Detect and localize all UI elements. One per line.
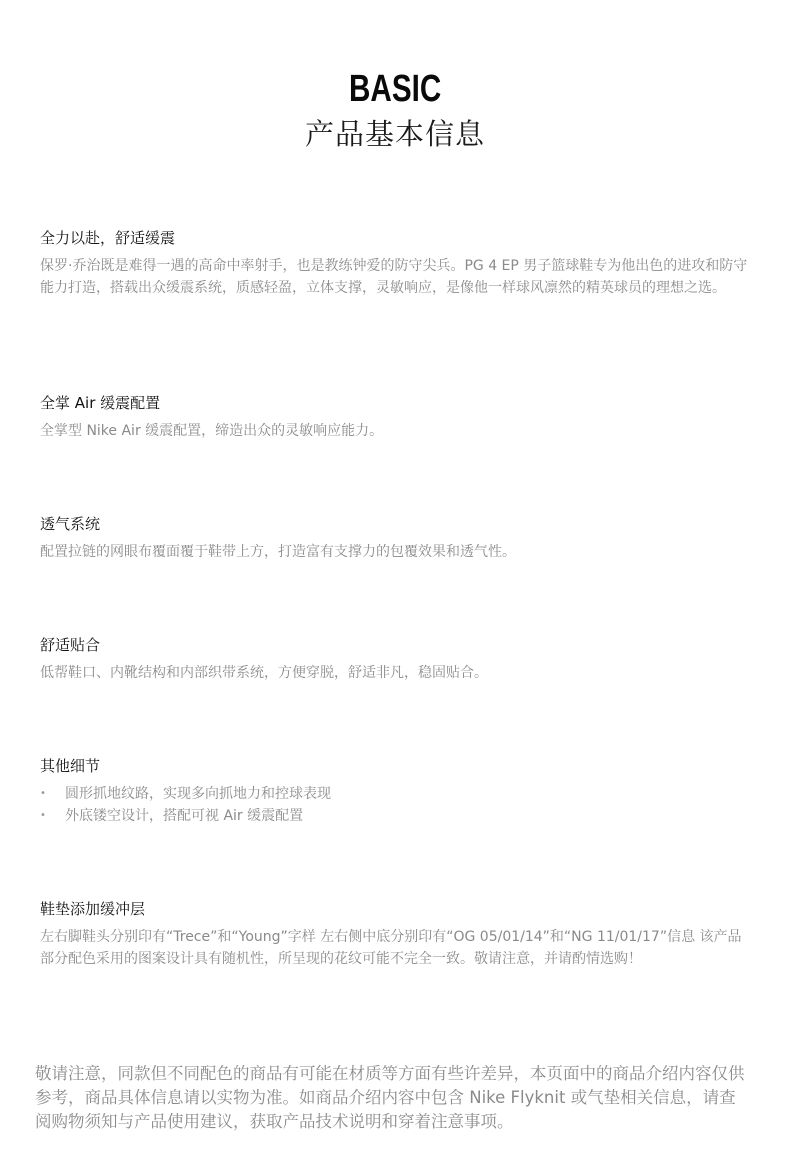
details-list: • 圆形抓地纹路，实现多向抓地力和控球表现 • 外底镂空设计，搭配可视 Air … (40, 783, 750, 827)
section-insole-cushioning: 鞋垫添加缓冲层 左右脚鞋头分别印有“Trece”和“Young”字样 左右侧中底… (40, 898, 750, 970)
disclaimer-note: 敬请注意，同款但不同配色的商品有可能在材质等方面有些许差异，本页面中的商品介绍内… (35, 1062, 750, 1134)
section-body: 保罗·乔治既是难得一遇的高命中率射手，也是教练钟爱的防守尖兵。PG 4 EP 男… (40, 255, 750, 299)
list-item-text: 外底镂空设计，搭配可视 Air 缓震配置 (65, 805, 303, 827)
section-other-details: 其他细节 • 圆形抓地纹路，实现多向抓地力和控球表现 • 外底镂空设计，搭配可视… (40, 755, 750, 827)
section-title: 全力以赴，舒适缓震 (40, 227, 750, 249)
section-breathability: 透气系统 配置拉链的网眼布覆面覆于鞋带上方，打造富有支撑力的包覆效果和透气性。 (40, 513, 750, 563)
section-cushioning: 全力以赴，舒适缓震 保罗·乔治既是难得一遇的高命中率射手，也是教练钟爱的防守尖兵… (40, 227, 750, 299)
section-full-length-air: 全掌 Air 缓震配置 全掌型 Nike Air 缓震配置，缔造出众的灵敏响应能… (40, 392, 750, 442)
section-title: 其他细节 (40, 755, 750, 777)
bullet-icon: • (40, 805, 65, 827)
section-title: 鞋垫添加缓冲层 (40, 898, 750, 920)
page-header: BASIC 产品基本信息 (0, 66, 790, 154)
bullet-icon: • (40, 783, 65, 805)
list-item: • 外底镂空设计，搭配可视 Air 缓震配置 (40, 805, 750, 827)
section-comfort-fit: 舒适贴合 低帮鞋口、内靴结构和内部织带系统，方便穿脱，舒适非凡，稳固贴合。 (40, 634, 750, 684)
section-body: 低帮鞋口、内靴结构和内部织带系统，方便穿脱，舒适非凡，稳固贴合。 (40, 662, 750, 684)
section-body: 配置拉链的网眼布覆面覆于鞋带上方，打造富有支撑力的包覆效果和透气性。 (40, 541, 750, 563)
section-title: 舒适贴合 (40, 634, 750, 656)
list-item-text: 圆形抓地纹路，实现多向抓地力和控球表现 (65, 783, 331, 805)
section-body: 全掌型 Nike Air 缓震配置，缔造出众的灵敏响应能力。 (40, 420, 750, 442)
section-title: 透气系统 (40, 513, 750, 535)
page-title: BASIC (349, 66, 441, 112)
section-title: 全掌 Air 缓震配置 (40, 392, 750, 414)
page-subtitle: 产品基本信息 (0, 114, 790, 154)
list-item: • 圆形抓地纹路，实现多向抓地力和控球表现 (40, 783, 750, 805)
section-body: 左右脚鞋头分别印有“Trece”和“Young”字样 左右侧中底分别印有“OG … (40, 926, 750, 970)
